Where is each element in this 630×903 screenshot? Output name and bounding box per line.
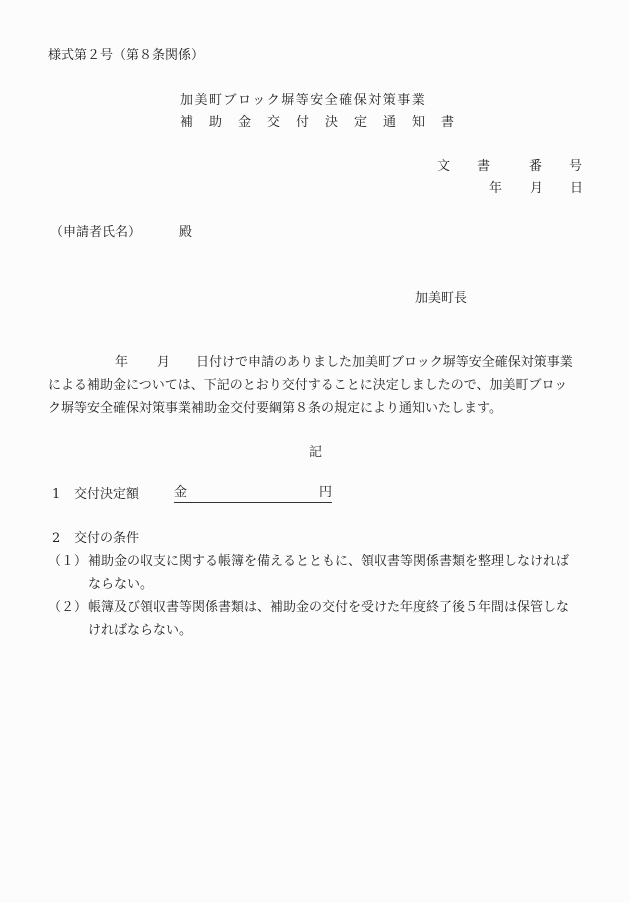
condition-line: ならない。 [88,576,153,594]
condition-number: （１） [48,553,87,571]
sender: 加美町長 [415,290,467,308]
body-date-year: 年 [115,354,128,372]
item-1-label: 交付決定額 [74,486,139,504]
title-char: 通 [383,114,396,132]
title-char: 付 [296,114,309,132]
body-line3: ク塀等安全確保対策事業補助金交付要綱第８条の規定により通知いたします。 [48,400,502,418]
doc-number-label: 文 [437,158,450,176]
title-char: 書 [441,114,454,132]
amount-prefix: 金 [174,484,187,502]
title-char: 定 [354,114,367,132]
date-day-label: 日 [570,180,583,198]
body-date-month: 月 [157,354,170,372]
item-2-number: 2 [52,530,60,548]
condition-number: （２） [48,599,87,617]
title-char: 補 [180,114,193,132]
title-char: 金 [238,114,251,132]
title-line1: 加美町ブロック塀等安全確保対策事業 [180,92,426,110]
title-char: 決 [325,114,338,132]
item-2-label: 交付の条件 [74,530,139,548]
date-year-label: 年 [489,180,502,198]
title-char: 交 [267,114,280,132]
condition-line: 補助金の収支に関する帳簿を備えるとともに、領収書等関係書類を整理しなければ [88,553,569,571]
title-char: 知 [412,114,425,132]
item-1-number: 1 [52,486,60,504]
amount-field: 金 円 [174,484,332,503]
form-label: 様式第２号（第８条関係） [48,47,204,65]
condition-line: ければならない。 [88,622,192,640]
doc-number-label: 書 [477,158,490,176]
doc-number-label: 番 [529,158,542,176]
ki-heading: 記 [309,444,322,462]
condition-line: 帳簿及び領収書等関係書類は、補助金の交付を受けた年度終了後５年間は保管しな [88,599,569,617]
applicant-name-label: （申請者氏名） [50,224,141,242]
honorific: 殿 [179,224,192,242]
body-line1: 日付けで申請のありました加美町ブロック塀等安全確保対策事業 [196,354,573,372]
doc-number-label: 号 [569,158,582,176]
amount-suffix: 円 [319,484,332,502]
body-line2: による補助金については、下記のとおり交付することに決定しましたので、加美町ブロッ [48,377,567,395]
title-char: 助 [209,114,222,132]
date-month-label: 月 [530,180,543,198]
